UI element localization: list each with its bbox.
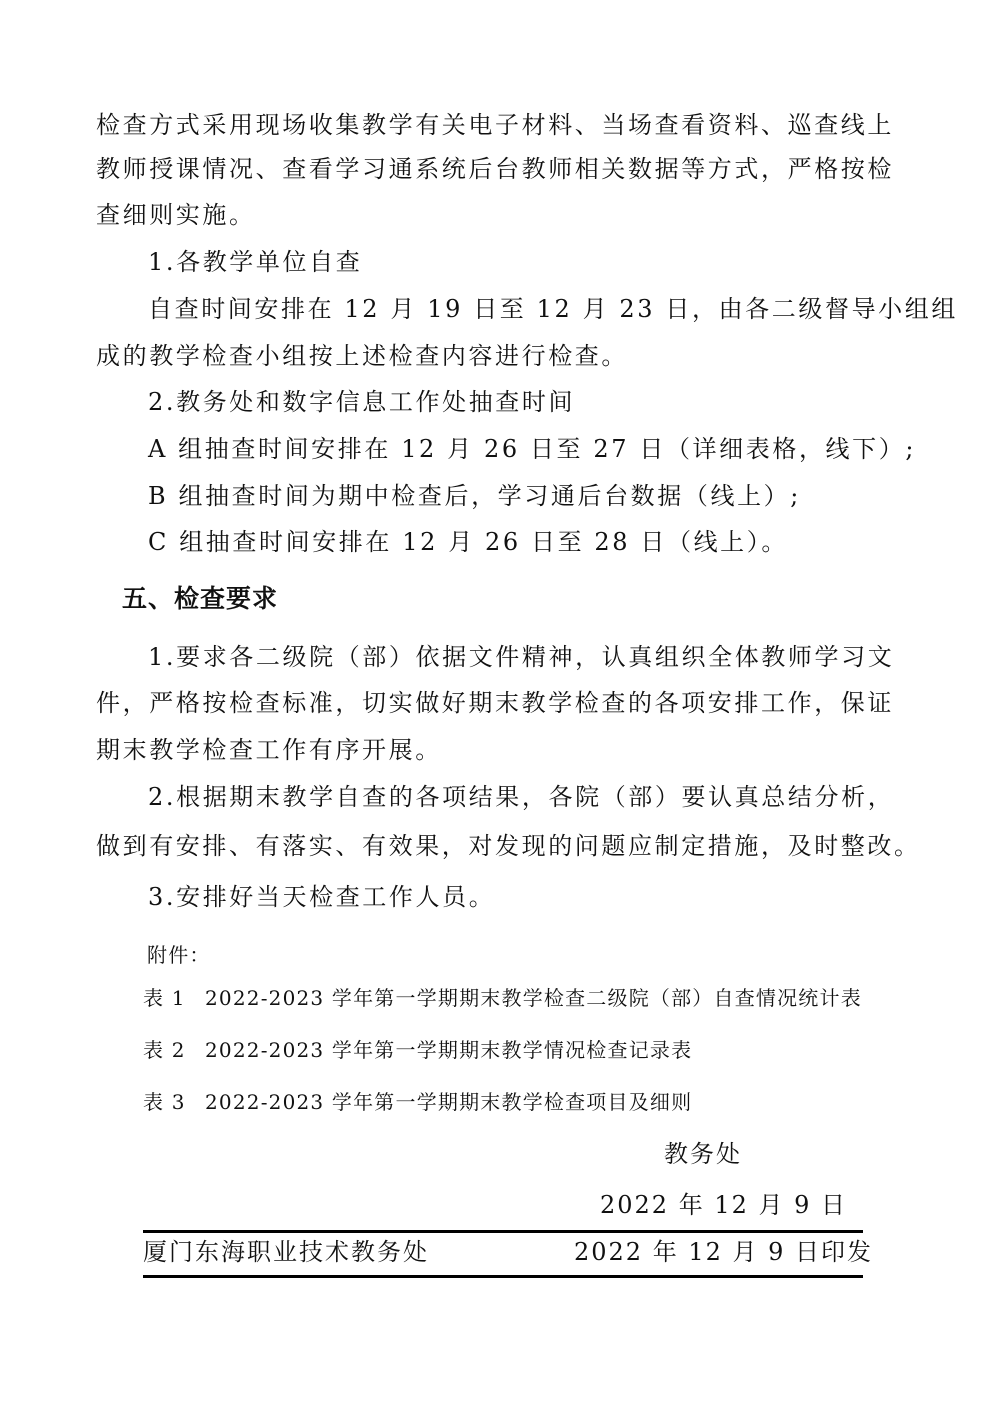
- requirement-1: 期末教学检查工作有序开展。: [96, 736, 442, 764]
- attachment-title: 2022-2023 学年第一学期期末教学检查二级院（部）自查情况统计表: [205, 986, 862, 1010]
- requirement-1: 1.要求各二级院（部）依据文件精神，认真组织全体教师学习文: [148, 643, 894, 671]
- attachments-label: 附件：: [147, 943, 211, 967]
- attachment-title: 2022-2023 学年第一学期期末教学情况检查记录表: [205, 1038, 692, 1062]
- footer-issuer: 厦门东海职业技术教务处: [143, 1238, 429, 1266]
- subsection-title: 2.教务处和数字信息工作处抽查时间: [148, 388, 575, 416]
- paragraph-line: 自查时间安排在 12 月 19 日至 12 月 23 日，由各二级督导小组组: [148, 295, 958, 323]
- attachment-item: 表 12022-2023 学年第一学期期末教学检查二级院（部）自查情况统计表: [143, 986, 862, 1010]
- attachment-number: 表 1: [143, 986, 205, 1010]
- group-schedule-b: B 组抽查时间为期中检查后，学习通后台数据（线上）;: [148, 482, 801, 510]
- attachment-item: 表 22022-2023 学年第一学期期末教学情况检查记录表: [143, 1038, 692, 1062]
- section-heading: 五、检查要求: [122, 584, 278, 614]
- group-schedule-a: A 组抽查时间安排在 12 月 26 日至 27 日（详细表格，线下）;: [148, 435, 916, 463]
- signature-department: 教务处: [664, 1140, 742, 1168]
- footer-top-rule: [143, 1230, 863, 1233]
- requirement-3: 3.安排好当天检查工作人员。: [148, 883, 495, 911]
- paragraph-line: 教师授课情况、查看学习通系统后台教师相关数据等方式，严格按检: [96, 155, 894, 183]
- paragraph-line: 成的教学检查小组按上述检查内容进行检查。: [96, 342, 628, 370]
- requirement-2: 做到有安排、有落实、有效果，对发现的问题应制定措施，及时整改。: [96, 832, 921, 860]
- document-page: 检查方式采用现场收集教学有关电子材料、当场查看资料、巡查线上 教师授课情况、查看…: [0, 0, 992, 1403]
- attachment-number: 表 2: [143, 1038, 205, 1062]
- paragraph-line: 查细则实施。: [96, 201, 256, 229]
- footer-issue-date: 2022 年 12 月 9 日印发: [574, 1238, 873, 1266]
- attachment-number: 表 3: [143, 1090, 205, 1114]
- attachment-title: 2022-2023 学年第一学期期末教学检查项目及细则: [205, 1090, 692, 1114]
- group-schedule-c: C 组抽查时间安排在 12 月 26 日至 28 日（线上）。: [148, 528, 788, 556]
- requirement-1: 件，严格按检查标准，切实做好期末教学检查的各项安排工作，保证: [96, 689, 894, 717]
- paragraph-line: 检查方式采用现场收集教学有关电子材料、当场查看资料、巡查线上: [96, 111, 894, 139]
- footer-bottom-rule: [143, 1275, 863, 1278]
- signature-date: 2022 年 12 月 9 日: [600, 1191, 847, 1219]
- attachment-item: 表 32022-2023 学年第一学期期末教学检查项目及细则: [143, 1090, 692, 1114]
- requirement-2: 2.根据期末教学自查的各项结果，各院（部）要认真总结分析，: [148, 783, 894, 811]
- subsection-title: 1.各教学单位自查: [148, 248, 362, 276]
